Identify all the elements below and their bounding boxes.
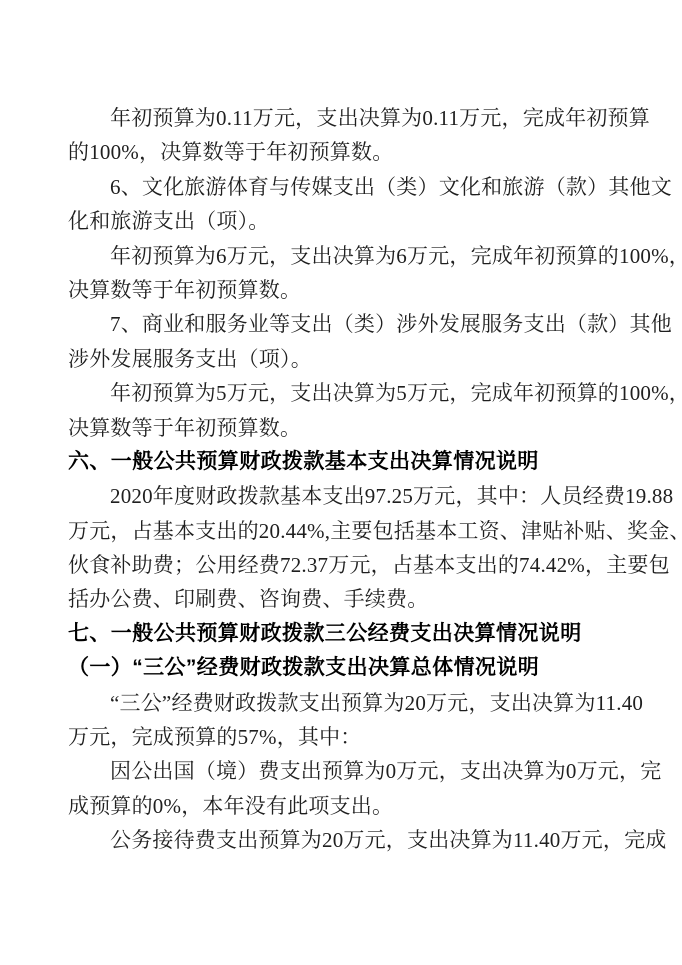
text-line: 伙食补助费；公用经费72.37万元，占基本支出的74.42%，主要包 xyxy=(68,548,654,582)
document-content: 年初预算为0.11万元，支出决算为0.11万元，完成年初预算的100%，决算数等… xyxy=(68,101,654,858)
text-line: 年初预算为5万元，支出决算为5万元，完成年初预算的100%， xyxy=(68,376,654,410)
document-page: 年初预算为0.11万元，支出决算为0.11万元，完成年初预算的100%，决算数等… xyxy=(0,0,682,965)
text-line: 七、一般公共预算财政拨款三公经费支出决算情况说明 xyxy=(68,617,654,651)
paragraph: 年初预算为6万元，支出决算为6万元，完成年初预算的100%，决算数等于年初预算数… xyxy=(68,239,654,308)
text-line: 六、一般公共预算财政拨款基本支出决算情况说明 xyxy=(68,445,654,479)
text-line: 7、商业和服务业等支出（类）涉外发展服务支出（款）其他 xyxy=(68,307,654,341)
text-line: 2020年度财政拨款基本支出97.25万元，其中：人员经费19.88 xyxy=(68,479,654,513)
section-heading: （一）“三公”经费财政拨款支出决算总体情况说明 xyxy=(68,651,654,685)
paragraph: 6、文化旅游体育与传媒支出（类）文化和旅游（款）其他文化和旅游支出（项）。 xyxy=(68,170,654,239)
text-line: 因公出国（境）费支出预算为0万元，支出决算为0万元，完 xyxy=(68,754,654,788)
paragraph: 公务接待费支出预算为20万元，支出决算为11.40万元，完成 xyxy=(68,823,654,857)
paragraph: 年初预算为0.11万元，支出决算为0.11万元，完成年初预算的100%，决算数等… xyxy=(68,101,654,170)
paragraph: 7、商业和服务业等支出（类）涉外发展服务支出（款）其他涉外发展服务支出（项）。 xyxy=(68,307,654,376)
text-line: 万元，完成预算的57%，其中： xyxy=(68,720,654,754)
text-line: 化和旅游支出（项）。 xyxy=(68,204,654,238)
text-line: 决算数等于年初预算数。 xyxy=(68,411,654,445)
text-line: “三公”经费财政拨款支出预算为20万元，支出决算为11.40 xyxy=(68,686,654,720)
section-heading: 六、一般公共预算财政拨款基本支出决算情况说明 xyxy=(68,445,654,479)
text-line: 涉外发展服务支出（项）。 xyxy=(68,342,654,376)
text-line: 公务接待费支出预算为20万元，支出决算为11.40万元，完成 xyxy=(68,823,654,857)
text-line: 成预算的0%，本年没有此项支出。 xyxy=(68,789,654,823)
text-line: 括办公费、印刷费、咨询费、手续费。 xyxy=(68,582,654,616)
text-line: 6、文化旅游体育与传媒支出（类）文化和旅游（款）其他文 xyxy=(68,170,654,204)
text-line: 年初预算为6万元，支出决算为6万元，完成年初预算的100%， xyxy=(68,239,654,273)
text-line: 年初预算为0.11万元，支出决算为0.11万元，完成年初预算 xyxy=(68,101,654,135)
text-line: （一）“三公”经费财政拨款支出决算总体情况说明 xyxy=(68,651,654,685)
paragraph: 年初预算为5万元，支出决算为5万元，完成年初预算的100%，决算数等于年初预算数… xyxy=(68,376,654,445)
text-line: 万元，占基本支出的20.44%,主要包括基本工资、津贴补贴、奖金、 xyxy=(68,514,654,548)
paragraph: 2020年度财政拨款基本支出97.25万元，其中：人员经费19.88万元，占基本… xyxy=(68,479,654,617)
section-heading: 七、一般公共预算财政拨款三公经费支出决算情况说明 xyxy=(68,617,654,651)
text-line: 决算数等于年初预算数。 xyxy=(68,273,654,307)
paragraph: 因公出国（境）费支出预算为0万元，支出决算为0万元，完成预算的0%，本年没有此项… xyxy=(68,754,654,823)
text-line: 的100%，决算数等于年初预算数。 xyxy=(68,135,654,169)
paragraph: “三公”经费财政拨款支出预算为20万元，支出决算为11.40万元，完成预算的57… xyxy=(68,686,654,755)
